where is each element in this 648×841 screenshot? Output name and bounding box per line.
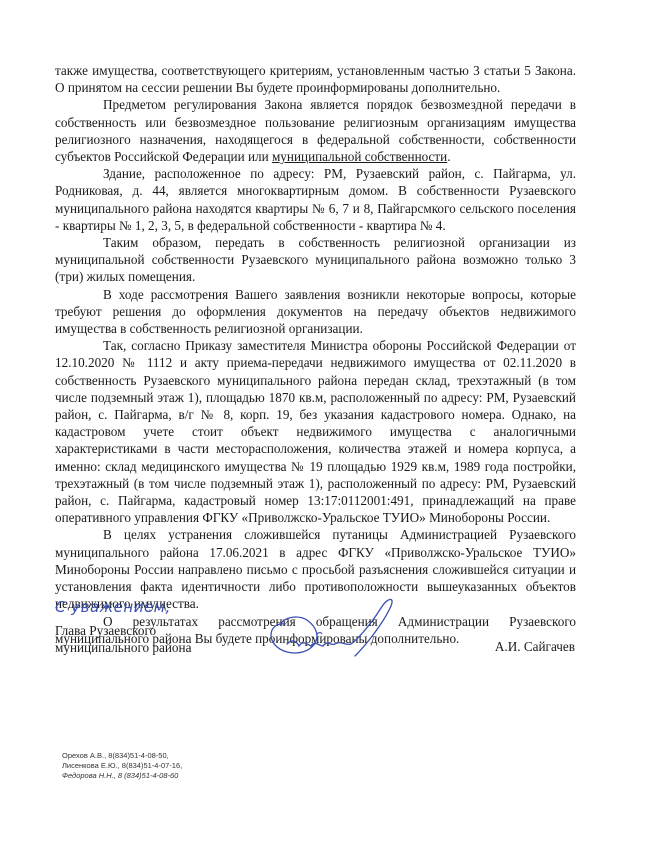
handwritten-greeting: С уважением, xyxy=(55,598,171,616)
contact-line: Лисенкова Е.Ю., 8(834)51-4-07-16, xyxy=(62,761,182,771)
paragraph-2: Предметом регулирования Закона является … xyxy=(55,96,576,165)
contact-line: Орехов А.В., 8(834)51-4-08-50, xyxy=(62,751,182,761)
contact-line: Федорова Н.Н., 8 (834)51-4-08-60 xyxy=(62,771,182,781)
handwritten-signature-icon xyxy=(263,594,423,660)
paragraph-3: Здание, расположенное по адресу: РМ, Руз… xyxy=(55,165,576,234)
signatory-title: Глава Рузаевского муниципального района xyxy=(55,622,191,656)
paragraph-6: Так, согласно Приказу заместителя Минист… xyxy=(55,337,576,526)
document-page: также имущества, соответствующего критер… xyxy=(0,0,648,841)
paragraph-1: также имущества, соответствующего критер… xyxy=(55,62,576,96)
signatory-name: А.И. Сайгачев xyxy=(495,639,575,655)
underlined-phrase: муниципальной собственности xyxy=(272,149,447,164)
signature-block: С уважением, Глава Рузаевского муниципал… xyxy=(55,598,595,668)
paragraph-5: В ходе рассмотрения Вашего заявления воз… xyxy=(55,286,576,338)
letter-body: также имущества, соответствующего критер… xyxy=(55,62,576,647)
paragraph-4: Таким образом, передать в собственность … xyxy=(55,234,576,286)
contact-list: Орехов А.В., 8(834)51-4-08-50, Лисенкова… xyxy=(62,751,182,781)
